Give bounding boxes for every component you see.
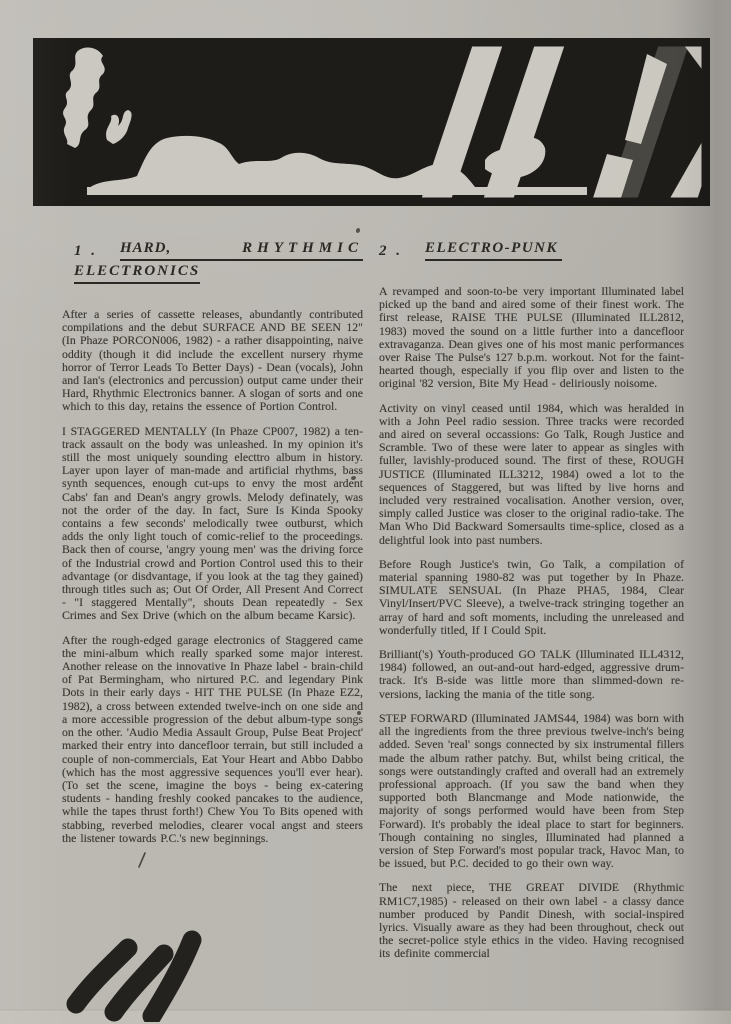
scan-speck xyxy=(357,711,361,715)
paragraph: I STAGGERED MENTALLY (In Phaze CP007, 19… xyxy=(62,425,363,623)
section-1-title-line1: HARD, RHYTHMIC xyxy=(120,238,363,261)
banner-collage-graphic xyxy=(33,38,710,206)
section-1-title-word2: RHYTHMIC xyxy=(242,238,363,258)
paragraph: After a series of cassette releases, abu… xyxy=(62,308,363,414)
column-left: 1 . HARD, RHYTHMIC ELECTRONICS After a s… xyxy=(62,238,363,856)
section-1-number: 1 . xyxy=(74,241,120,261)
section-1-title-line2: ELECTRONICS xyxy=(74,261,200,284)
marker-scribble-graphic xyxy=(58,926,208,1022)
section-1-title-word1: HARD, xyxy=(120,238,171,258)
section-1-heading: 1 . HARD, RHYTHMIC ELECTRONICS xyxy=(62,238,363,284)
paragraph: Before Rough Justice's twin, Go Talk, a … xyxy=(379,558,684,637)
scanned-fanzine-page: 1 . HARD, RHYTHMIC ELECTRONICS After a s… xyxy=(0,0,731,1024)
scan-speck xyxy=(355,227,360,233)
paragraph: Activity on vinyl ceased until 1984, whi… xyxy=(379,402,684,547)
paragraph: The next piece, THE GREAT DIVIDE (Rhythm… xyxy=(379,881,684,960)
paragraph: After the rough-edged garage electronics… xyxy=(62,634,363,845)
paragraph: Brilliant('s) Youth-produced GO TALK (Il… xyxy=(379,648,684,701)
section-2-number: 2 . xyxy=(379,241,425,261)
pen-mark xyxy=(136,851,148,869)
section-2-heading: 2 . ELECTRO-PUNK xyxy=(379,238,684,261)
paragraph: STEP FORWARD (Illuminated JAMS44, 1984) … xyxy=(379,712,684,870)
paragraph: A revamped and soon-to-be very important… xyxy=(379,285,684,391)
section-2-title: ELECTRO-PUNK xyxy=(425,238,562,261)
column-right: 2 . ELECTRO-PUNK A revamped and soon-to-… xyxy=(379,238,684,972)
